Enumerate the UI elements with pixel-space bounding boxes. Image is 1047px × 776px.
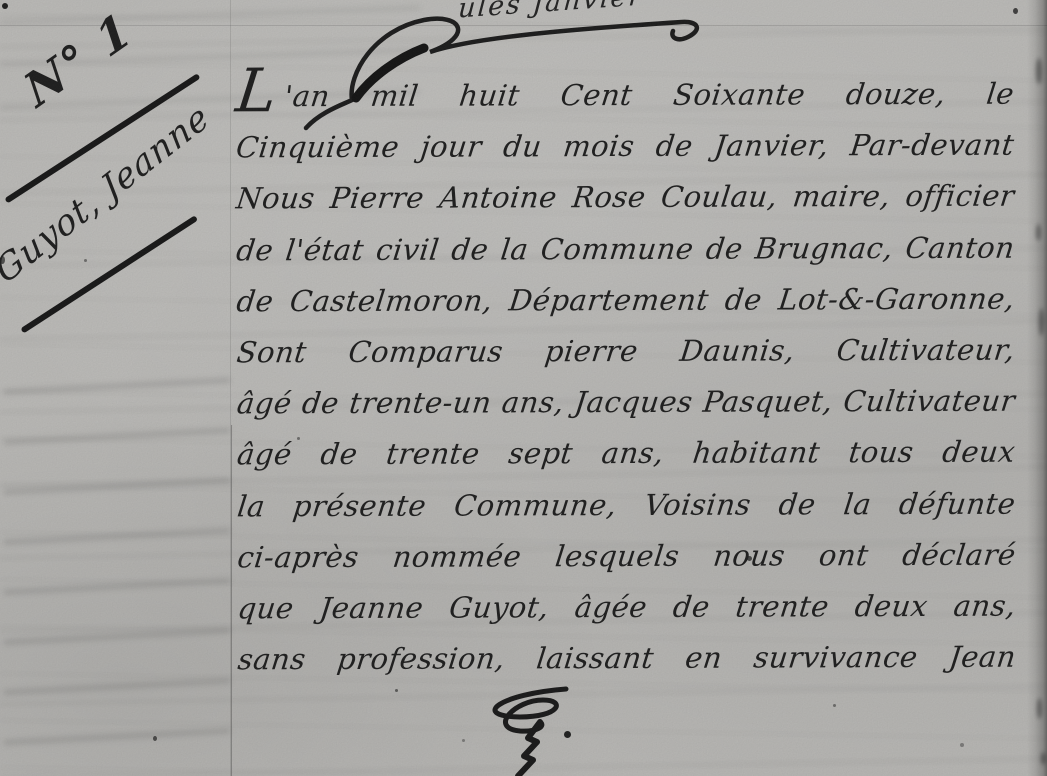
ink-speck: [833, 704, 836, 707]
ink-speck: [1013, 8, 1018, 14]
margin-act-number: N° 1: [16, 1, 142, 118]
margin-rule-line-lower: [231, 425, 232, 776]
manuscript-line-9: la présente Commune, Voisins de la défun…: [234, 478, 1018, 532]
page-edge-shadow: [1027, 0, 1047, 776]
manuscript-line-10: ci-après nommée lesquels nous ont déclar…: [235, 529, 1019, 583]
ink-speck: [2, 3, 8, 9]
edge-ink-blotch: [1036, 58, 1042, 84]
ink-speck: [84, 259, 87, 262]
manuscript-line-4: de l'état civil de la Commune de Brugnac…: [234, 222, 1018, 276]
bottom-ink-flourish: [495, 689, 566, 731]
ink-speck: [564, 731, 571, 738]
ink-speck: [153, 736, 157, 741]
ink-speck: [960, 743, 964, 747]
manuscript-line-11: que Jeanne Guyot, âgée de trente deux an…: [235, 581, 1019, 635]
manuscript-line-12: sans profession, laissant en survivance …: [235, 632, 1019, 686]
showthrough-rule-line: [0, 25, 1047, 26]
manuscript-line-2: Cinquième jour du mois de Janvier, Par-d…: [233, 120, 1017, 174]
ink-speck: [297, 437, 300, 440]
edge-ink-blotch: [1037, 698, 1042, 719]
manuscript-line-6: Sont Comparus pierre Daunis, Cultivateur…: [234, 325, 1018, 379]
margin-showthrough-texture: [4, 365, 230, 770]
decorative-initial-L: L: [233, 56, 282, 126]
bottom-ink-flourish-tail: [518, 722, 540, 776]
ink-blot: [747, 556, 752, 561]
manuscript-page: N° 1 Guyot, Jeanne ules Janvier L'an mil…: [0, 0, 1047, 776]
edge-ink-blotch: [1041, 752, 1046, 765]
page-top-fragment: ules Janvier: [457, 0, 644, 25]
ink-speck: [395, 689, 398, 692]
ink-speck: [462, 739, 465, 742]
margin-deceased-name: Guyot, Jeanne: [0, 97, 217, 292]
manuscript-line-1: L'an mil huit Cent Soixante douze, le: [233, 69, 1017, 123]
edge-ink-blotch: [1039, 308, 1044, 336]
manuscript-body: L'an mil huit Cent Soixante douze, le Ci…: [236, 69, 1016, 686]
manuscript-line-1-text: 'an mil huit Cent Soixante douze, le: [282, 77, 1016, 114]
ink-speck: [0, 256, 5, 264]
manuscript-line-8: âgé de trente sept ans, habitant tous de…: [234, 427, 1018, 481]
manuscript-line-7: âgé de trente-un ans, Jacques Pasquet, C…: [234, 376, 1018, 430]
manuscript-line-3: Nous Pierre Antoine Rose Coulau, maire, …: [233, 171, 1017, 225]
manuscript-line-5: de Castelmoron, Département de Lot-&-Gar…: [234, 273, 1018, 327]
edge-ink-blotch: [1036, 224, 1041, 241]
